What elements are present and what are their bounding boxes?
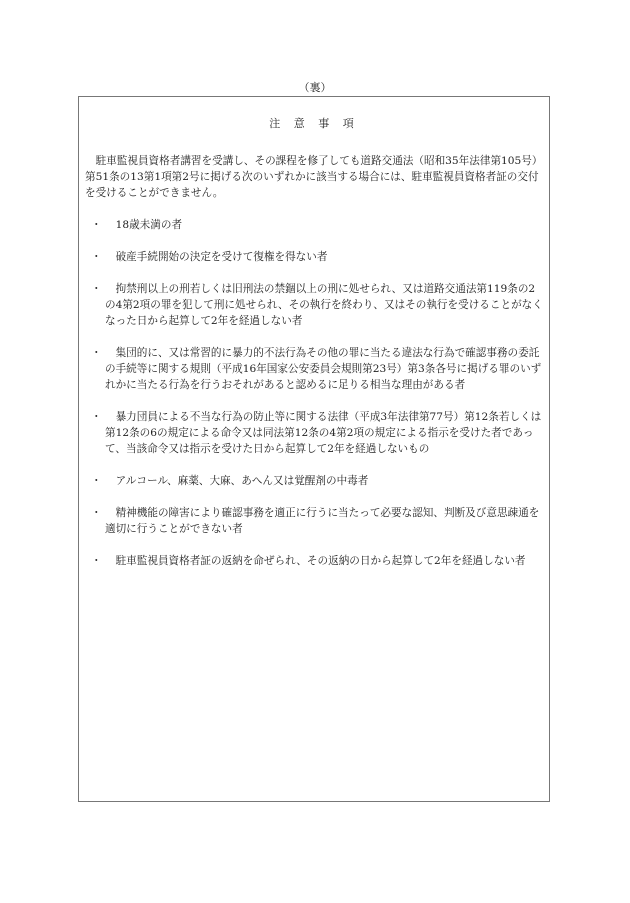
- list-item-text: 拘禁刑以上の刑若しくは旧刑法の禁錮以上の刑に処せられ、又は道路交通法第119条の…: [105, 281, 543, 329]
- list-item: ・ 破産手続開始の決定を受けて復権を得ない者: [85, 249, 543, 265]
- list-item: ・ 精神機能の障害により確認事務を適正に行うに当たって必要な認知、判断及び意思疎…: [85, 505, 543, 537]
- list-item: ・ アルコール、麻薬、大麻、あへん又は覚醒剤の中毒者: [85, 473, 543, 489]
- list-item: ・ 18歳未満の者: [85, 217, 543, 233]
- notice-box: 注 意 事 項 駐車監視員資格者講習を受講し、その課程を修了しても道路交通法（昭…: [78, 96, 550, 802]
- list-item: ・ 暴力団員による不当な行為の防止等に関する法律（平成3年法律第77号）第12条…: [85, 409, 543, 457]
- bullet-icon: ・: [91, 473, 102, 489]
- disqualification-list: ・ 18歳未満の者 ・ 破産手続開始の決定を受けて復権を得ない者 ・ 拘禁刑以上…: [85, 217, 543, 569]
- bullet-icon: ・: [91, 281, 102, 297]
- page-side-label: （裏）: [0, 79, 630, 95]
- list-item-text: 駐車監視員資格者証の返納を命ぜられ、その返納の日から起算して2年を経過しない者: [105, 553, 543, 569]
- bullet-icon: ・: [91, 505, 102, 521]
- bullet-icon: ・: [91, 345, 102, 361]
- list-item: ・ 駐車監視員資格者証の返納を命ぜられ、その返納の日から起算して2年を経過しない…: [85, 553, 543, 569]
- bullet-icon: ・: [91, 249, 102, 265]
- list-item-text: 破産手続開始の決定を受けて復権を得ない者: [105, 249, 543, 265]
- bullet-icon: ・: [91, 217, 102, 233]
- list-item-text: 集団的に、又は常習的に暴力的不法行為その他の罪に当たる違法な行為で確認事務の委託…: [105, 345, 543, 393]
- list-item-text: 18歳未満の者: [105, 217, 543, 233]
- notice-title: 注 意 事 項: [79, 115, 549, 131]
- list-item: ・ 集団的に、又は常習的に暴力的不法行為その他の罪に当たる違法な行為で確認事務の…: [85, 345, 543, 393]
- list-item-text: 暴力団員による不当な行為の防止等に関する法律（平成3年法律第77号）第12条若し…: [105, 409, 543, 457]
- list-item-text: 精神機能の障害により確認事務を適正に行うに当たって必要な認知、判断及び意思疎通を…: [105, 505, 543, 537]
- bullet-icon: ・: [91, 409, 102, 425]
- intro-paragraph: 駐車監視員資格者講習を受講し、その課程を修了しても道路交通法（昭和35年法律第1…: [85, 153, 543, 201]
- list-item-text: アルコール、麻薬、大麻、あへん又は覚醒剤の中毒者: [105, 473, 543, 489]
- bullet-icon: ・: [91, 553, 102, 569]
- list-item: ・ 拘禁刑以上の刑若しくは旧刑法の禁錮以上の刑に処せられ、又は道路交通法第119…: [85, 281, 543, 329]
